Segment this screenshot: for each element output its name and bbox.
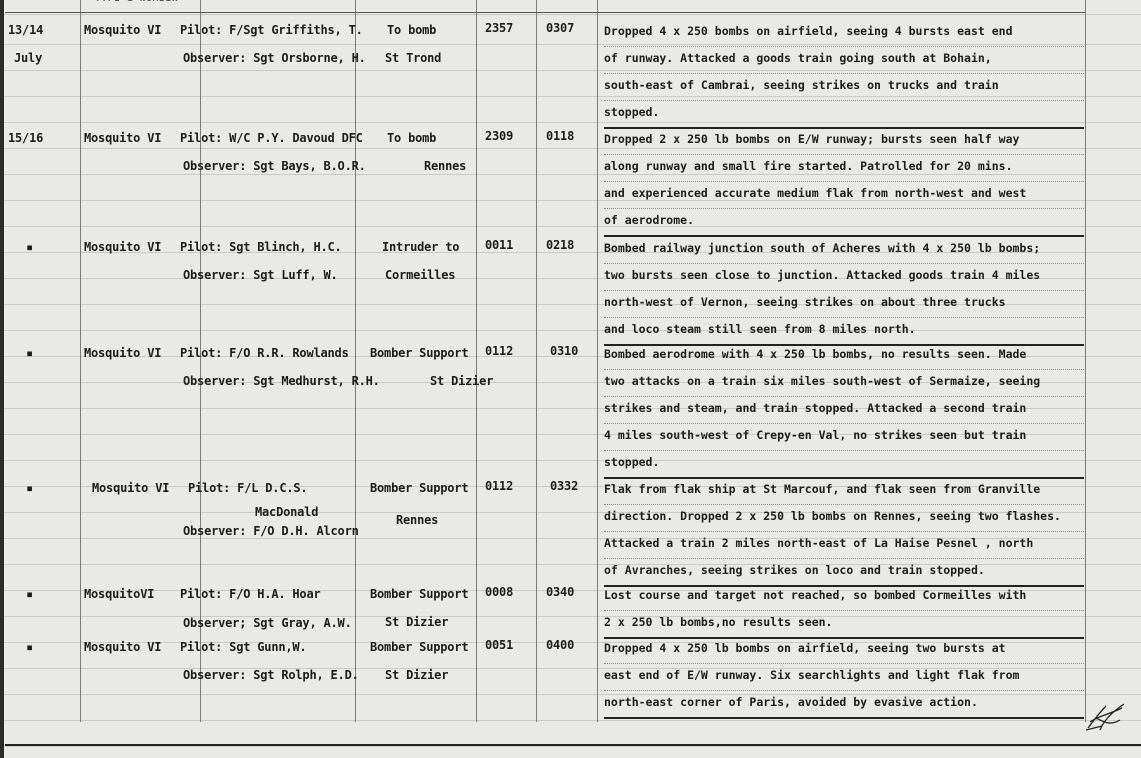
observer-name: Observer: Sgt Bays, B.O.R. [183, 159, 366, 173]
time-down: 0332 [550, 479, 578, 493]
aircraft-type: Mosquito VI [84, 640, 161, 654]
details-line: Dropped 4 x 250 bombs on airfield, seein… [604, 20, 1084, 47]
entry-date: 15/16 [8, 131, 43, 145]
time-down: 0118 [546, 129, 574, 143]
time-up: 2357 [485, 21, 513, 35]
time-down: 0307 [546, 21, 574, 35]
column-divider [476, 0, 477, 722]
observer-name: Observer: Sgt Luff, W. [183, 268, 338, 282]
entry-date: ▪ [26, 346, 33, 360]
details-line: Dropped 4 x 250 lb bombs on airfield, se… [604, 637, 1084, 664]
details-line: 4 miles south-west of Crepy-en Val, no s… [604, 424, 1084, 451]
duty-target: Rennes [424, 159, 466, 173]
signature-icon [1080, 700, 1130, 734]
time-down: 0218 [546, 238, 574, 252]
time-up: 2309 [485, 129, 513, 143]
pilot-name: Pilot: F/Sgt Griffiths, T. [180, 23, 363, 37]
details-line: Dropped 2 x 250 lb bombs on E/W runway; … [604, 128, 1084, 155]
entry-date: 13/14 [8, 23, 43, 37]
time-up: 0011 [485, 238, 513, 252]
column-divider [355, 0, 356, 722]
column-header-type-number: TYPE & NUMBER [95, 0, 178, 4]
details-line: Bombed aerodrome with 4 x 250 lb bombs, … [604, 343, 1084, 370]
time-up: 0008 [485, 585, 513, 599]
details-line: direction. Dropped 2 x 250 lb bombs on R… [604, 505, 1084, 532]
observer-name: Observer; Sgt Gray, A.W. [183, 616, 352, 630]
pilot-name: Pilot: F/L D.C.S. [188, 481, 307, 495]
details-of-sortie: Bombed aerodrome with 4 x 250 lb bombs, … [604, 343, 1084, 479]
duty-description: Bomber Support [370, 587, 468, 601]
entry-date: ▪ [26, 587, 33, 601]
duty-target: Cormeilles [385, 268, 455, 282]
details-line: Flak from flak ship at St Marcouf, and f… [604, 478, 1084, 505]
details-line: strikes and steam, and train stopped. At… [604, 397, 1084, 424]
entry-date: ▪ [26, 640, 33, 654]
duty-target: St Dizier [430, 374, 493, 388]
details-line: two attacks on a train six miles south-w… [604, 370, 1084, 397]
aircraft-type: Mosquito VI [92, 481, 169, 495]
time-up: 0112 [485, 479, 513, 493]
observer-name: Observer: F/O D.H. Alcorn [183, 524, 359, 538]
duty-description: Bomber Support [370, 640, 468, 654]
page-edge [0, 0, 4, 758]
details-line: Bombed railway junction south of Acheres… [604, 237, 1084, 264]
pilot-name: Pilot: Sgt Blinch, H.C. [180, 240, 342, 254]
details-line: south-east of Cambrai, seeing strikes on… [604, 74, 1084, 101]
aircraft-type: Mosquito VI [84, 240, 161, 254]
time-up: 0051 [485, 638, 513, 652]
details-line: of aerodrome. [604, 209, 1084, 237]
time-up: 0112 [485, 344, 513, 358]
details-line: Attacked a train 2 miles north-east of L… [604, 532, 1084, 559]
observer-name: Observer: Sgt Orsborne, H. [183, 51, 366, 65]
duty-description: Bomber Support [370, 346, 468, 360]
details-of-sortie: Lost course and target not reached, so b… [604, 584, 1084, 639]
time-down: 0400 [546, 638, 574, 652]
aircraft-type: Mosquito VI [84, 23, 161, 37]
aircraft-type: Mosquito VI [84, 131, 161, 145]
pilot-name: Pilot: F/O R.R. Rowlands [180, 346, 349, 360]
aircraft-type: Mosquito VI [84, 346, 161, 360]
duty-target: St Trond [385, 51, 441, 65]
duty-description: Bomber Support [370, 481, 468, 495]
column-divider [536, 0, 537, 722]
details-line: and experienced accurate medium flak fro… [604, 182, 1084, 209]
aircraft-type: MosquitoVI [84, 587, 154, 601]
details-of-sortie: Dropped 4 x 250 bombs on airfield, seein… [604, 20, 1084, 129]
header-rule [5, 12, 1085, 13]
duty-description: Intruder to [382, 240, 459, 254]
observer-name: Observer: Sgt Medhurst, R.H. [183, 374, 380, 388]
details-of-sortie: Dropped 4 x 250 lb bombs on airfield, se… [604, 637, 1084, 719]
details-line: 2 x 250 lb bombs,no results seen. [604, 611, 1084, 639]
entry-month: July [14, 51, 42, 65]
details-of-sortie: Flak from flak ship at St Marcouf, and f… [604, 478, 1084, 587]
details-line: two bursts seen close to junction. Attac… [604, 264, 1084, 291]
column-divider [80, 0, 81, 722]
details-line: of Avranches, seeing strikes on loco and… [604, 559, 1084, 587]
details-line: stopped. [604, 101, 1084, 129]
entry-date: ▪ [26, 481, 33, 495]
duty-description: To bomb [387, 131, 436, 145]
time-down: 0310 [550, 344, 578, 358]
pilot-name: Pilot: W/C P.Y. Davoud DFC [180, 131, 363, 145]
column-divider [200, 0, 201, 722]
duty-target: St Dizier [385, 668, 448, 682]
details-of-sortie: Bombed railway junction south of Acheres… [604, 237, 1084, 346]
duty-target: Rennes [396, 513, 438, 527]
column-divider [1085, 0, 1086, 722]
details-line: north-east corner of Paris, avoided by e… [604, 691, 1084, 719]
details-line: and loco steam still seen from 8 miles n… [604, 318, 1084, 346]
details-line: stopped. [604, 451, 1084, 479]
operations-record-sheet: TYPE & NUMBER 13/14 July Mosquito VI Pil… [0, 0, 1141, 758]
details-line: of runway. Attacked a goods train going … [604, 47, 1084, 74]
pilot-name: Pilot: Sgt Gunn,W. [180, 640, 306, 654]
entry-date: ▪ [26, 240, 33, 254]
duty-target: St Dizier [385, 615, 448, 629]
bottom-rule [5, 744, 1141, 746]
column-divider [597, 0, 598, 722]
pilot-name-continued: MacDonald [255, 505, 318, 519]
duty-description: To bomb [387, 23, 436, 37]
time-down: 0340 [546, 585, 574, 599]
details-line: along runway and small fire started. Pat… [604, 155, 1084, 182]
details-line: Lost course and target not reached, so b… [604, 584, 1084, 611]
pilot-name: Pilot: F/O H.A. Hoar [180, 587, 321, 601]
details-of-sortie: Dropped 2 x 250 lb bombs on E/W runway; … [604, 128, 1084, 237]
observer-name: Observer: Sgt Rolph, E.D. [183, 668, 359, 682]
details-line: north-west of Vernon, seeing strikes on … [604, 291, 1084, 318]
details-line: east end of E/W runway. Six searchlights… [604, 664, 1084, 691]
